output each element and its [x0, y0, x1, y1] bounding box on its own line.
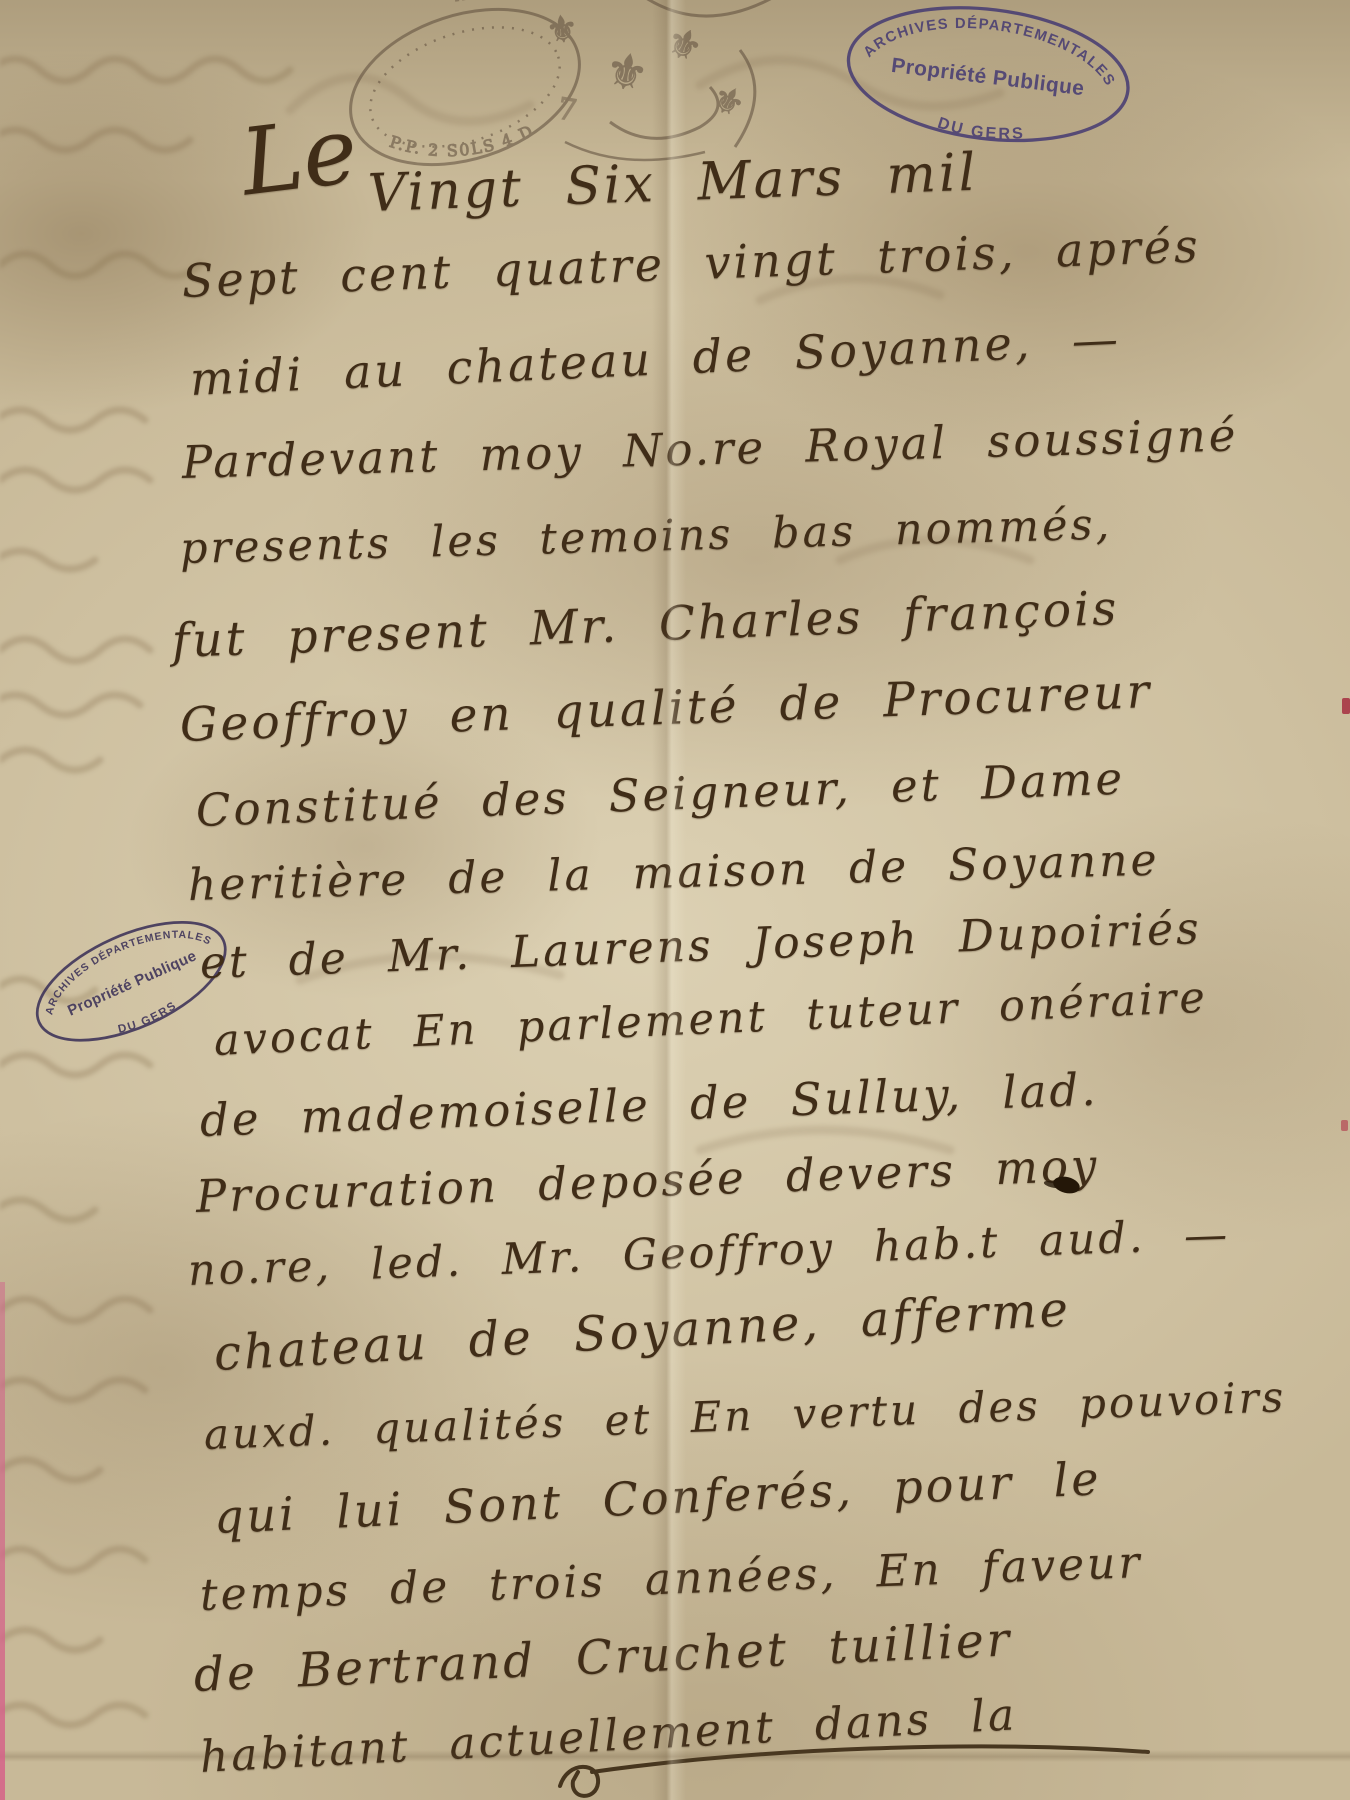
manuscript-photo: ⚜ ⚜ ⚜ ⚜ P.P. 2 S0LS 4 D ADEAU 7 ARCHIVES… — [0, 0, 1350, 1800]
pink-page-edge — [0, 1282, 5, 1800]
horizontal-fold-crease — [0, 1750, 1350, 1762]
signature-flourish — [0, 0, 1350, 1800]
red-edge-mark — [1341, 1120, 1348, 1131]
red-edge-mark — [1342, 698, 1350, 714]
